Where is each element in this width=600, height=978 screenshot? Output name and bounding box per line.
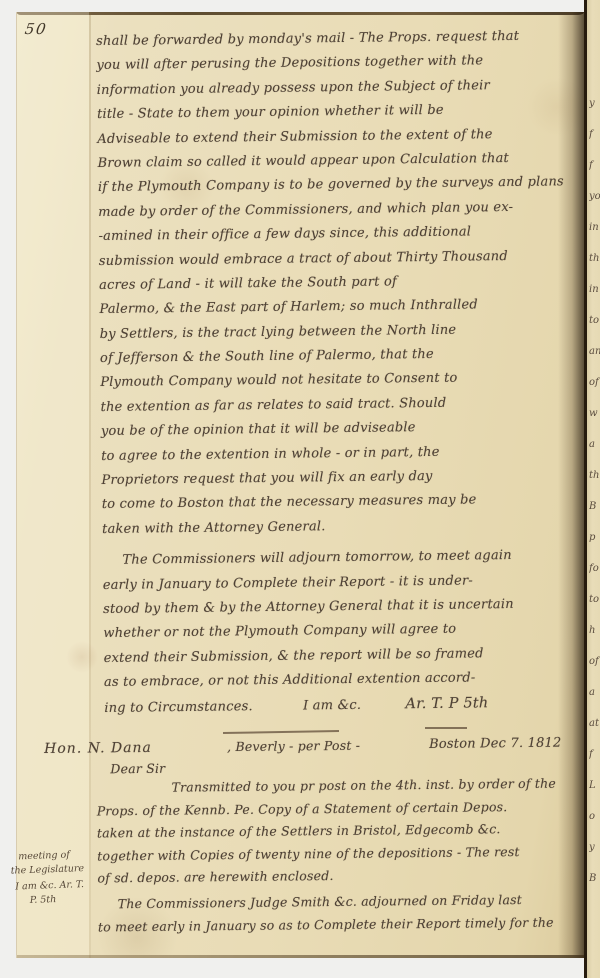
text-fragment: o [589,801,600,832]
letter1-paragraph-2: The Commissioners will adjourn tomorrow,… [102,543,586,720]
text-fragment: th [589,243,600,274]
recipient-address: , Beverly - per Post - [227,734,360,759]
text-fragment: y [589,88,600,119]
text-fragment: at [589,708,600,739]
next-page-sliver: y f f yo in th in to an of w a th B p fo… [584,0,600,978]
text-fragment: a [589,677,600,708]
text-fragment: B [589,491,600,522]
margin-note: meeting of the Legislature I am &c. Ar. … [8,847,106,907]
text-fragment: in [589,274,600,305]
closing-text: ing to Circumstances. [104,699,253,716]
valediction: I am &c. [303,697,361,713]
letter1-closing-line: ing to Circumstances. I am &c. Ar. T. P … [104,690,586,720]
letter2-paragraphs: Transmitted to you pr post on the 4th. i… [44,772,580,939]
next-page-text-fragments: y f f yo in th in to an of w a th B p fo… [589,88,600,894]
page-bottom-edge [17,955,584,958]
margin-note-line: the Legislature [9,861,105,878]
text-fragment: of [589,367,600,398]
text-fragment: yo [589,181,600,212]
text-fragment: f [589,150,600,181]
text-fragment: an [589,336,600,367]
text-fragment: in [589,212,600,243]
manuscript-line: of sd. depos. are herewith enclosed. [97,863,579,891]
manuscript-line: to meet early in January so as to Comple… [98,911,580,939]
section-divider-right [425,727,467,729]
text-fragment: f [589,119,600,150]
text-fragment: to [589,584,600,615]
book-gutter-shadow [558,12,586,958]
recipient-name: Hon. N. Dana [44,736,152,761]
text-fragment: p [589,522,600,553]
manuscript-line: taken with the Attorney General. [102,512,584,542]
signature: Ar. T. P 5th [405,695,488,712]
section-divider-left [223,730,339,734]
page-number: 50 [24,20,49,38]
letter2-body: Hon. N. Dana , Beverly - per Post - Bost… [44,731,580,939]
manuscript-page: 50 shall be forwarded by monday's mail -… [16,12,584,958]
dateline: Boston Dec 7. 1812 [429,732,562,757]
text-fragment: to [589,305,600,336]
text-fragment: a [589,429,600,460]
text-fragment: L [589,770,600,801]
text-fragment: f [589,739,600,770]
text-fragment: w [589,398,600,429]
text-fragment: y [589,832,600,863]
text-fragment: fo [589,553,600,584]
letter1-body: shall be forwarded by monday's mail - Th… [96,24,586,720]
text-fragment: th [589,460,600,491]
text-fragment: h [589,615,600,646]
text-fragment: of [589,646,600,677]
text-fragment: B [589,863,600,894]
manuscript-scan: 50 shall be forwarded by monday's mail -… [0,0,600,978]
page-top-edge [17,12,584,15]
